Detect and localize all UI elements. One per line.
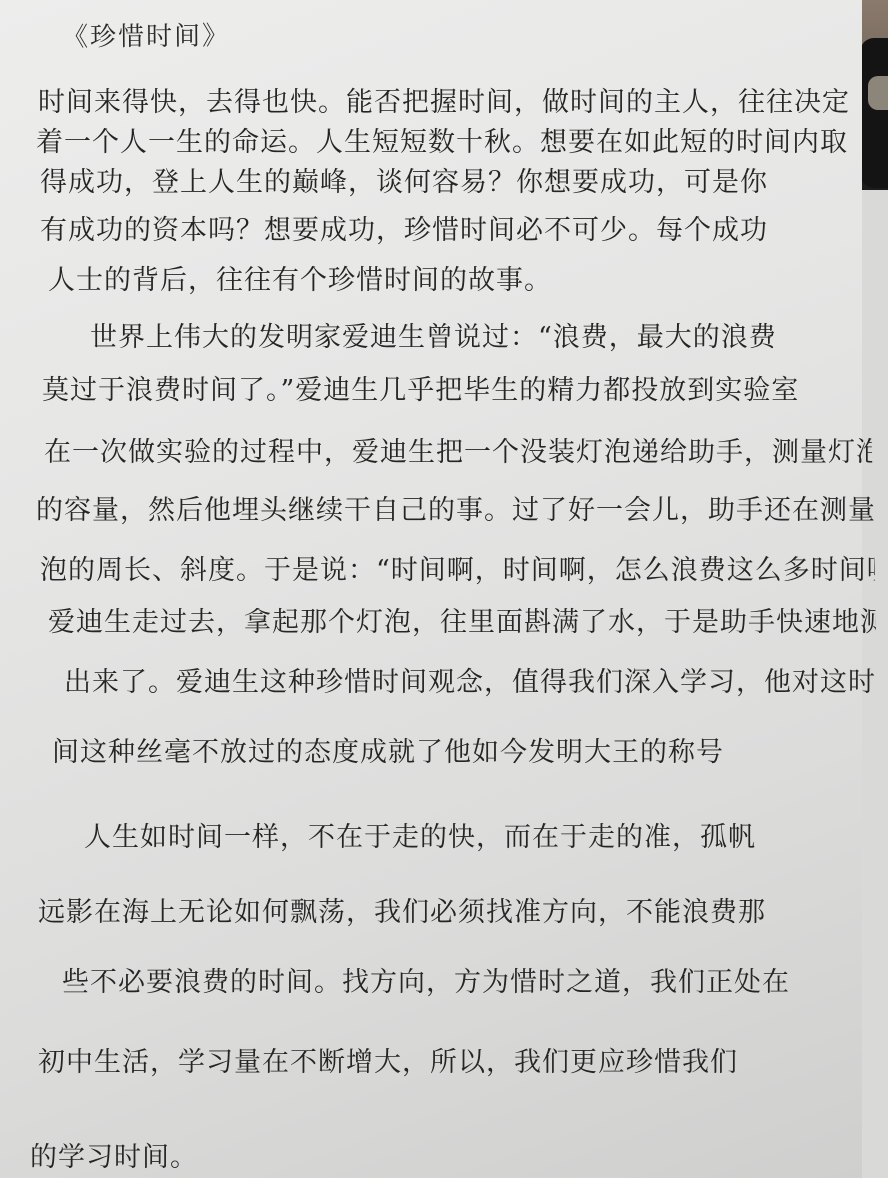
essay-line: 得成功，登上人生的巅峰，谈何容易？你想要成功，可是你 [40, 160, 768, 199]
essay-line: 莫过于浪费时间了。”爱迪生几乎把毕生的精力都投放到实验室 [42, 368, 799, 407]
essay-line: 爱迪生走过去，拿起那个灯泡，往里面斟满了水，于是助手快速地测量 [48, 600, 888, 639]
essay-line: 泡的周长、斜度。于是说：“时间啊，时间啊，怎么浪费这么多时间呢” [40, 548, 888, 587]
essay-line: 着一个人一生的命运。人生短短数十秋。想要在如此短的时间内取 [36, 120, 848, 159]
essay-line: 人生如时间一样，不在于走的快，而在于走的准，孤帆 [84, 815, 756, 854]
dark-object-edge [860, 38, 888, 188]
essay-line: 的容量，然后他埋头继续干自己的事。过了好一会儿，助手还在测量灯 [36, 488, 888, 527]
essay-line: 些不必要浪费的时间。找方向，方为惜时之道，我们正处在 [62, 960, 790, 999]
essay-line: 远影在海上无论如何飘荡，我们必须找准方向，不能浪费那 [38, 890, 766, 929]
essay-line: 初中生活，学习量在不断增大，所以，我们更应珍惜我们 [38, 1040, 738, 1079]
essay-line: 人士的背后，往往有个珍惜时间的故事。 [48, 258, 552, 297]
essay-line: 在一次做实验的过程中，爱迪生把一个没装灯泡递给助手，测量灯泡 [44, 430, 884, 469]
handwritten-essay-page: 《珍惜时间》 时间来得快，去得也快。能否把握时间，做时间的主人，往往决定 着一个… [0, 0, 862, 1178]
essay-line: 的学习时间。 [30, 1135, 198, 1174]
essay-line: 出来了。爱迪生这种珍惜时间观念，值得我们深入学习，他对这时 [64, 660, 876, 699]
essay-line: 世界上伟大的发明家爱迪生曾说过：“浪费，最大的浪费 [90, 315, 777, 354]
essay-title: 《珍惜时间》 [62, 15, 230, 53]
essay-line: 时间来得快，去得也快。能否把握时间，做时间的主人，往往决定 [38, 80, 850, 119]
essay-line: 间这种丝毫不放过的态度成就了他如今发明大王的称号 [52, 730, 724, 769]
essay-line: 有成功的资本吗？想要成功，珍惜时间必不可少。每个成功 [40, 208, 768, 247]
